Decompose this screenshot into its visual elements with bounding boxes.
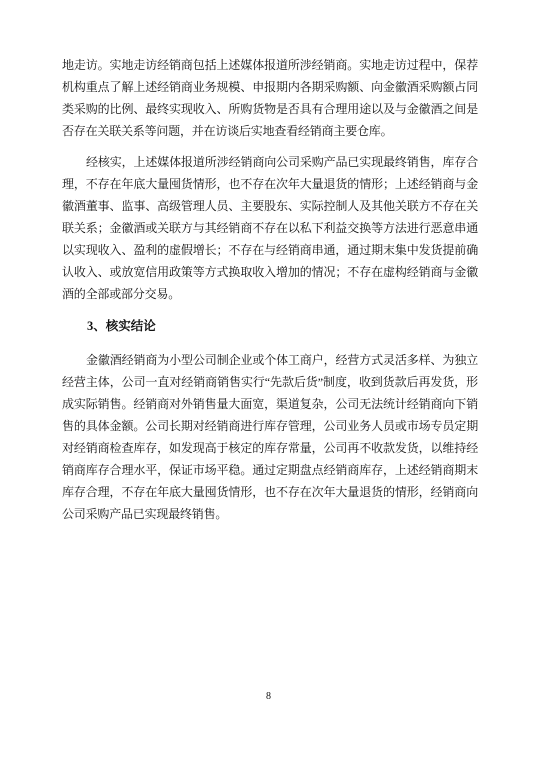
section-heading-verification-conclusion: 3、核实结论: [62, 315, 478, 337]
page-content: 地走访。实地走访经销商包括上述媒体报道所涉经销商。实地走访过程中，保荐机构重点了…: [62, 54, 478, 534]
paragraph-verification-findings: 经核实，上述媒体报道所涉经销商向公司采购产品已实现最终销售，库存合理，不存在年底…: [62, 151, 478, 305]
paragraph-conclusion: 金徽酒经销商为小型公司制企业或个体工商户，经营方式灵活多样、为独立经营主体，公司…: [62, 349, 478, 525]
paragraph-site-visit-continuation: 地走访。实地走访经销商包括上述媒体报道所涉经销商。实地走访过程中，保荐机构重点了…: [62, 54, 478, 142]
document-page: 地走访。实地走访经销商包括上述媒体报道所涉经销商。实地走访过程中，保荐机构重点了…: [0, 0, 537, 764]
page-number: 8: [0, 691, 537, 702]
